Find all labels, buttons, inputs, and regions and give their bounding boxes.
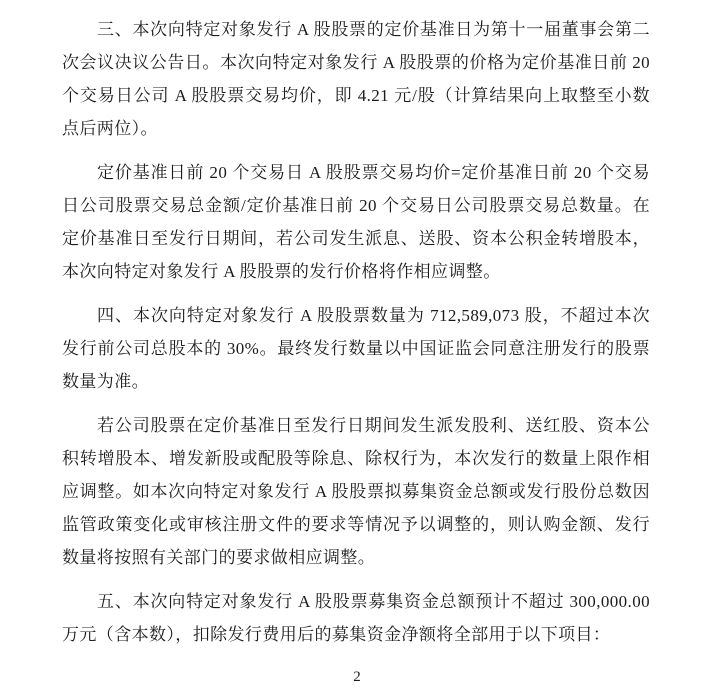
- paragraph-issue-quantity: 四、本次向特定对象发行 A 股股票数量为 712,589,073 股，不超过本次…: [62, 299, 650, 398]
- page-number: 2: [0, 669, 714, 686]
- paragraph-quantity-adjustment: 若公司股票在定价基准日至发行日期间发生派发股利、送红股、资本公积转增股本、增发新…: [62, 409, 650, 574]
- document-page: 三、本次向特定对象发行 A 股股票的定价基准日为第十一届董事会第二次会议决议公告…: [0, 0, 714, 696]
- paragraph-average-price-formula: 定价基准日前 20 个交易日 A 股股票交易均价=定价基准日前 20 个交易日公…: [62, 156, 650, 288]
- paragraph-raised-funds: 五、本次向特定对象发行 A 股股票募集资金总额预计不超过 300,000.00 …: [62, 585, 650, 651]
- paragraph-pricing-base-date: 三、本次向特定对象发行 A 股股票的定价基准日为第十一届董事会第二次会议决议公告…: [62, 13, 650, 145]
